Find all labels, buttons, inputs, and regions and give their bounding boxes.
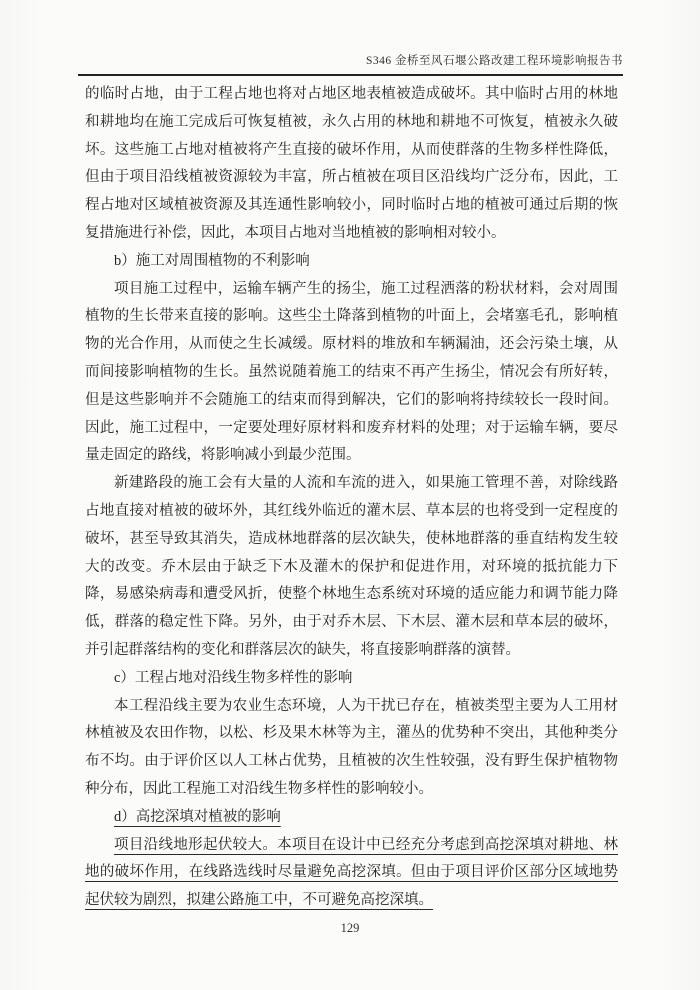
document-header-title: S346 金桥至风石堰公路改建工程环境影响报告书 bbox=[78, 52, 623, 76]
document-body: 的临时占地，由于工程占地也将对占地区地表植被造成破坏。其中临时占用的林地和耕地均… bbox=[85, 81, 618, 915]
body-paragraph: 项目沿线地形起伏较大。本项目在设计中已经充分考虑到高挖深填对耕地、林地的破坏作用… bbox=[85, 832, 618, 915]
section-heading: b）施工对周围植物的不利影响 bbox=[85, 248, 618, 276]
body-paragraph: 新建路段的施工会有大量的人流和车流的进入，如果施工管理不善，对除线路占地直接对植… bbox=[85, 470, 618, 665]
body-paragraph: 本工程沿线主要为农业生态环境，人为干扰已存在，植被类型主要为人工用材林植被及农田… bbox=[85, 693, 618, 804]
document-page: S346 金桥至风石堰公路改建工程环境影响报告书 的临时占地，由于工程占地也将对… bbox=[0, 0, 700, 990]
page-number: 129 bbox=[0, 921, 700, 936]
body-paragraph: 的临时占地，由于工程占地也将对占地区地表植被造成破坏。其中临时占用的林地和耕地均… bbox=[85, 81, 618, 248]
section-heading: c）工程占地对沿线生物多样性的影响 bbox=[85, 665, 618, 693]
body-paragraph: 项目施工过程中，运输车辆产生的扬尘，施工过程洒落的粉状材料，会对周围植物的生长带… bbox=[85, 276, 618, 471]
section-heading: d）高挖深填对植被的影响 bbox=[85, 804, 618, 832]
